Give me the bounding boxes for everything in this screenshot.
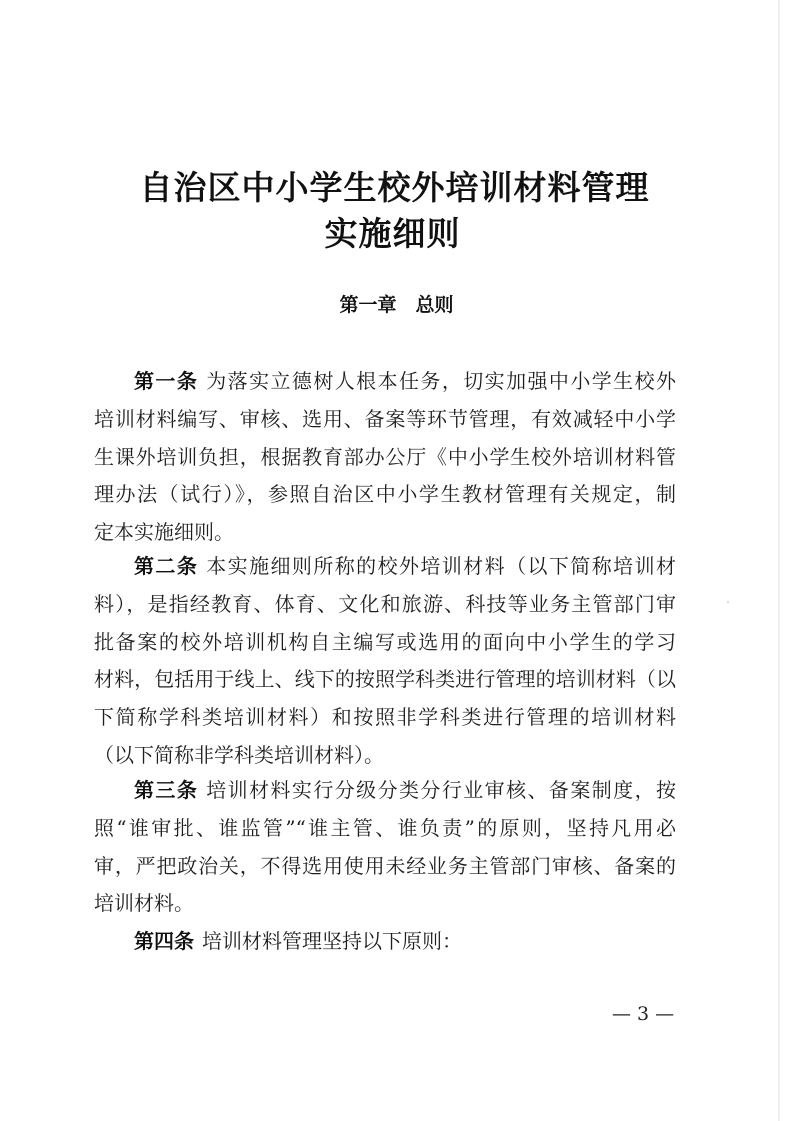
document-title-line-2: 实施细则 <box>0 214 789 254</box>
page-number: — 3 — <box>612 1003 674 1025</box>
article-4-line-1: 第四条培训材料管理坚持以下原则： <box>134 923 676 961</box>
article-1-line-1: 第一条为落实立德树人根本任务，切实加强中小学生校外 <box>134 363 676 401</box>
document-title-line-1: 自治区中小学生校外培训材料管理 <box>0 168 791 208</box>
article-label: 第二条 <box>134 554 198 578</box>
article-4: 第四条培训材料管理坚持以下原则： <box>94 923 694 961</box>
article-text: 培训材料实行分级分类分行业审核、备案制度，按 <box>206 778 676 802</box>
article-3-line-2: 照“谁审批、谁监管”“谁主管、谁负责”的原则，坚持凡用必 <box>94 810 676 848</box>
article-2: 第二条本实施细则所称的校外培训材料（以下简称培训材 料），是指经教育、体育、文化… <box>94 548 694 775</box>
scan-speck <box>727 601 729 603</box>
article-label: 第三条 <box>134 778 198 802</box>
article-3: 第三条培训材料实行分级分类分行业审核、备案制度，按 照“谁审批、谁监管”“谁主管… <box>94 772 694 923</box>
article-label: 第一条 <box>134 369 198 393</box>
article-1-line-2: 培训材料编写、审核、选用、备案等环节管理，有效减轻中小学 <box>94 401 676 439</box>
chapter-heading: 第一章 总则 <box>0 291 793 319</box>
document-page: 自治区中小学生校外培训材料管理 实施细则 第一章 总则 第一条为落实立德树人根本… <box>0 0 793 1121</box>
article-2-line-4: 材料，包括用于线上、线下的按照学科类进行管理的培训材料（以 <box>94 661 676 699</box>
article-3-line-1: 第三条培训材料实行分级分类分行业审核、备案制度，按 <box>134 772 676 810</box>
article-2-line-2: 料），是指经教育、体育、文化和旅游、科技等业务主管部门审 <box>94 586 676 624</box>
article-2-line-5: 下简称学科类培训材料）和按照非学科类进行管理的培训材料 <box>94 699 676 737</box>
article-text: 本实施细则所称的校外培训材料（以下简称培训材 <box>206 554 676 578</box>
article-label: 第四条 <box>134 929 194 953</box>
article-1-line-4: 理办法（试行）》，参照自治区中小学生教材管理有关规定，制 <box>94 476 676 514</box>
scan-speck <box>160 200 162 202</box>
article-2-line-3: 批备案的校外培训机构自主编写或选用的面向中小学生的学习 <box>94 624 676 662</box>
article-3-line-4: 培训材料。 <box>94 885 676 923</box>
article-1-line-5: 定本实施细则。 <box>94 514 676 552</box>
article-2-line-6: （以下简称非学科类培训材料）。 <box>94 737 676 775</box>
article-1: 第一条为落实立德树人根本任务，切实加强中小学生校外 培训材料编写、审核、选用、备… <box>94 363 694 552</box>
article-1-line-3: 生课外培训负担，根据教育部办公厅《中小学生校外培训材料管 <box>94 439 676 477</box>
article-2-line-1: 第二条本实施细则所称的校外培训材料（以下简称培训材 <box>134 548 676 586</box>
article-3-line-3: 审，严把政治关，不得选用使用未经业务主管部门审核、备案的 <box>94 848 676 886</box>
article-text: 培训材料管理坚持以下原则： <box>202 929 462 953</box>
article-text: 为落实立德树人根本任务，切实加强中小学生校外 <box>206 369 676 393</box>
